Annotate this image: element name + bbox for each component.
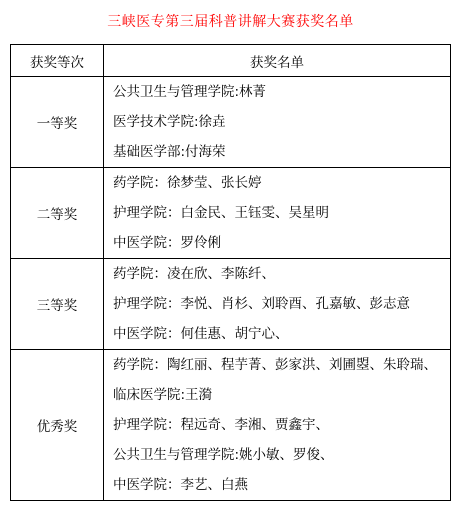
award-line: 公共卫生与管理学院:林菁 bbox=[113, 77, 450, 107]
awards-table-body: 一等奖 公共卫生与管理学院:林菁医学技术学院:徐垚基础医学部:付海荣 二等奖 药… bbox=[11, 77, 451, 501]
page-title: 三峡医专第三届科普讲解大赛获奖名单 bbox=[0, 0, 461, 31]
table-row: 一等奖 公共卫生与管理学院:林菁医学技术学院:徐垚基础医学部:付海荣 bbox=[11, 77, 451, 168]
award-level-cell: 一等奖 bbox=[11, 77, 104, 168]
header-row: 获奖等次 获奖名单 bbox=[11, 45, 451, 77]
table-row: 三等奖 药学院：凌在欣、李陈纤、护理学院：李悦、肖杉、刘聆酉、孔嘉敏、彭志意中医… bbox=[11, 259, 451, 350]
award-names-cell: 药学院：凌在欣、李陈纤、护理学院：李悦、肖杉、刘聆酉、孔嘉敏、彭志意中医学院：何… bbox=[104, 259, 451, 350]
award-line: 护理学院：白金民、王钰雯、吴星明 bbox=[113, 198, 450, 228]
awards-table-header: 获奖等次 获奖名单 bbox=[11, 45, 451, 77]
award-line: 药学院：凌在欣、李陈纤、 bbox=[113, 259, 450, 289]
award-line: 药学院：陶红丽、程芋菁、彭家洪、刘圃曌、朱聆瑞、 bbox=[113, 350, 450, 380]
award-names-cell: 药学院：徐梦莹、张长婷护理学院：白金民、王钰雯、吴星明中医学院：罗伶俐 bbox=[104, 168, 451, 259]
award-line: 中医学院：何佳惠、胡宁心、 bbox=[113, 319, 450, 349]
award-line: 临床医学院:王漪 bbox=[113, 380, 450, 410]
award-line: 医学技术学院:徐垚 bbox=[113, 107, 450, 137]
award-line: 公共卫生与管理学院:姚小敏、罗俊、 bbox=[113, 440, 450, 470]
awards-table: 获奖等次 获奖名单 一等奖 公共卫生与管理学院:林菁医学技术学院:徐垚基础医学部… bbox=[10, 44, 451, 501]
award-line: 中医学院：李艺、白燕 bbox=[113, 470, 450, 500]
award-level-cell: 二等奖 bbox=[11, 168, 104, 259]
header-award-level: 获奖等次 bbox=[11, 45, 104, 77]
award-line: 中医学院：罗伶俐 bbox=[113, 228, 450, 258]
award-line: 护理学院：程远奇、李湘、贾鑫宇、 bbox=[113, 410, 450, 440]
award-names-cell: 药学院：陶红丽、程芋菁、彭家洪、刘圃曌、朱聆瑞、临床医学院:王漪护理学院：程远奇… bbox=[104, 350, 451, 501]
award-level-cell: 三等奖 bbox=[11, 259, 104, 350]
table-row: 二等奖 药学院：徐梦莹、张长婷护理学院：白金民、王钰雯、吴星明中医学院：罗伶俐 bbox=[11, 168, 451, 259]
award-line: 基础医学部:付海荣 bbox=[113, 137, 450, 167]
document-page: 三峡医专第三届科普讲解大赛获奖名单 获奖等次 获奖名单 一等奖 公共卫生与管理学… bbox=[0, 0, 461, 512]
award-level-cell: 优秀奖 bbox=[11, 350, 104, 501]
header-award-list: 获奖名单 bbox=[104, 45, 451, 77]
table-row: 优秀奖 药学院：陶红丽、程芋菁、彭家洪、刘圃曌、朱聆瑞、临床医学院:王漪护理学院… bbox=[11, 350, 451, 501]
award-line: 药学院：徐梦莹、张长婷 bbox=[113, 168, 450, 198]
award-line: 护理学院：李悦、肖杉、刘聆酉、孔嘉敏、彭志意 bbox=[113, 289, 450, 319]
award-names-cell: 公共卫生与管理学院:林菁医学技术学院:徐垚基础医学部:付海荣 bbox=[104, 77, 451, 168]
